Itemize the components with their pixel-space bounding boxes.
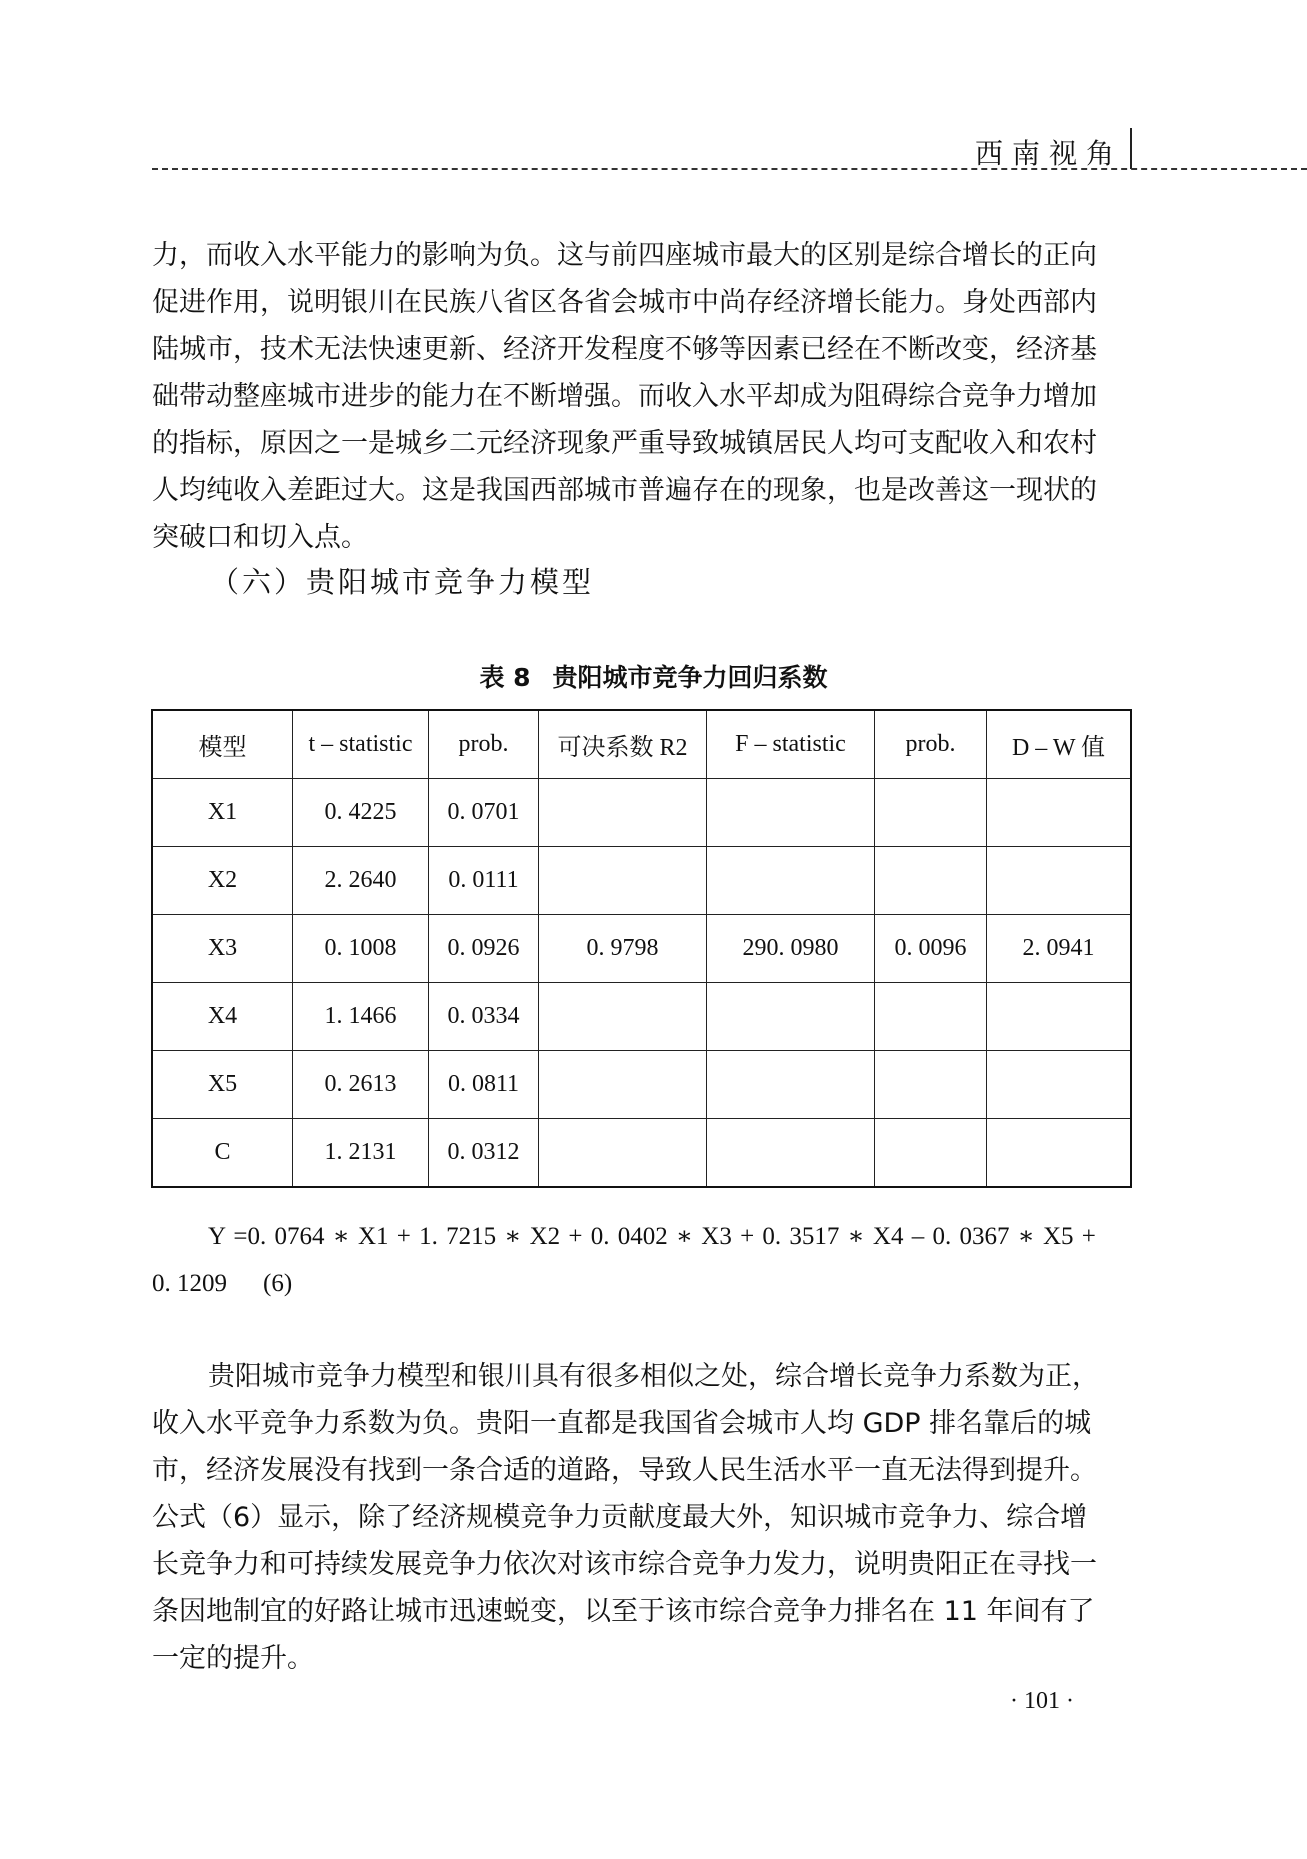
text-line: 人均纯收入差距过大。这是我国西部城市普遍存在的现象，也是改善这一现状的 bbox=[152, 467, 1132, 514]
section-heading: （六）贵阳城市竞争力模型 bbox=[210, 560, 594, 601]
formula-line-2: 0. 1209(6) bbox=[152, 1260, 1132, 1307]
text-line: 条因地制宜的好路让城市迅速蜕变，以至于该市综合竞争力排名在 11 年间有了 bbox=[152, 1588, 1132, 1635]
cell-prob: 0. 0111 bbox=[429, 847, 539, 915]
running-header-title: 西南视角 bbox=[975, 132, 1123, 172]
cell-model: X5 bbox=[152, 1051, 293, 1119]
cell-empty bbox=[987, 847, 1132, 915]
cell-empty bbox=[987, 779, 1132, 847]
cell-t: 0. 1008 bbox=[293, 915, 429, 983]
cell-dw: 2. 0941 bbox=[987, 915, 1132, 983]
table-caption-number: 表 8 bbox=[479, 663, 530, 692]
cell-t: 0. 2613 bbox=[293, 1051, 429, 1119]
cell-empty bbox=[707, 1051, 875, 1119]
header-cell-f-statistic: F – statistic bbox=[707, 710, 875, 779]
regression-table: 模型 t – statistic prob. 可决系数 R2 F – stati… bbox=[151, 709, 1132, 1188]
table-header-row: 模型 t – statistic prob. 可决系数 R2 F – stati… bbox=[152, 710, 1131, 779]
cell-t: 1. 2131 bbox=[293, 1119, 429, 1188]
equation-number: (6) bbox=[263, 1270, 292, 1297]
text-line: 础带动整座城市进步的能力在不断增强。而收入水平却成为阻碍综合竞争力增加 bbox=[152, 373, 1132, 420]
header-cell-prob: prob. bbox=[429, 710, 539, 779]
formula-constant: 0. 1209 bbox=[152, 1270, 227, 1297]
text-line: 公式（6）显示，除了经济规模竞争力贡献度最大外，知识城市竞争力、综合增 bbox=[152, 1494, 1132, 1541]
cell-model: C bbox=[152, 1119, 293, 1188]
cell-empty bbox=[875, 1051, 987, 1119]
cell-t: 2. 2640 bbox=[293, 847, 429, 915]
table-row: X5 0. 2613 0. 0811 bbox=[152, 1051, 1131, 1119]
cell-model: X2 bbox=[152, 847, 293, 915]
text-line: 长竞争力和可持续发展竞争力依次对该市综合竞争力发力，说明贵阳正在寻找一 bbox=[152, 1541, 1132, 1588]
table-row: C 1. 2131 0. 0312 bbox=[152, 1119, 1131, 1188]
text-line: 促进作用，说明银川在民族八省区各省会城市中尚存经济增长能力。身处西部内 bbox=[152, 279, 1132, 326]
cell-empty bbox=[875, 847, 987, 915]
text-line: 的指标，原因之一是城乡二元经济现象严重导致城镇居民人均可支配收入和农村 bbox=[152, 420, 1132, 467]
header-cell-dw: D – W 值 bbox=[987, 710, 1132, 779]
header-cell-t-statistic: t – statistic bbox=[293, 710, 429, 779]
cell-model: X1 bbox=[152, 779, 293, 847]
table-row: X3 0. 1008 0. 0926 0. 9798 290. 0980 0. … bbox=[152, 915, 1131, 983]
table-row: X4 1. 1466 0. 0334 bbox=[152, 983, 1131, 1051]
text-line: 陆城市，技术无法快速更新、经济开发程度不够等因素已经在不断改变，经济基 bbox=[152, 326, 1132, 373]
cell-t: 0. 4225 bbox=[293, 779, 429, 847]
cell-prob: 0. 0312 bbox=[429, 1119, 539, 1188]
cell-prob: 0. 0701 bbox=[429, 779, 539, 847]
paragraph-2: 贵阳城市竞争力模型和银川具有很多相似之处，综合增长竞争力系数为正， 收入水平竞争… bbox=[152, 1353, 1132, 1682]
text-line: 市，经济发展没有找到一条合适的道路，导致人民生活水平一直无法得到提升。 bbox=[152, 1447, 1132, 1494]
table-row: X1 0. 4225 0. 0701 bbox=[152, 779, 1131, 847]
text-line: 收入水平竞争力系数为负。贵阳一直都是我国省会城市人均 GDP 排名靠后的城 bbox=[152, 1400, 1132, 1447]
cell-empty bbox=[539, 983, 707, 1051]
cell-empty bbox=[539, 779, 707, 847]
header-dashed-rule bbox=[152, 168, 1307, 170]
cell-f-statistic: 290. 0980 bbox=[707, 915, 875, 983]
page-number: · 101 · bbox=[1010, 1688, 1074, 1715]
cell-empty bbox=[539, 847, 707, 915]
paragraph-1: 力，而收入水平能力的影响为负。这与前四座城市最大的区别是综合增长的正向 促进作用… bbox=[152, 232, 1132, 561]
formula-line-1: Y =0. 0764 ∗ X1 + 1. 7215 ∗ X2 + 0. 0402… bbox=[152, 1213, 1132, 1260]
cell-empty bbox=[875, 983, 987, 1051]
cell-empty bbox=[539, 1119, 707, 1188]
cell-empty bbox=[875, 779, 987, 847]
regression-formula: Y =0. 0764 ∗ X1 + 1. 7215 ∗ X2 + 0. 0402… bbox=[152, 1213, 1132, 1307]
cell-empty bbox=[987, 983, 1132, 1051]
cell-model: X3 bbox=[152, 915, 293, 983]
cell-empty bbox=[539, 1051, 707, 1119]
table-caption-title: 贵阳城市竞争力回归系数 bbox=[553, 663, 828, 692]
text-line: 贵阳城市竞争力模型和银川具有很多相似之处，综合增长竞争力系数为正， bbox=[152, 1353, 1132, 1400]
cell-empty bbox=[707, 983, 875, 1051]
cell-f-prob: 0. 0096 bbox=[875, 915, 987, 983]
header-cell-f-prob: prob. bbox=[875, 710, 987, 779]
text-line: 突破口和切入点。 bbox=[152, 514, 1132, 561]
text-line: 力，而收入水平能力的影响为负。这与前四座城市最大的区别是综合增长的正向 bbox=[152, 232, 1132, 279]
cell-empty bbox=[987, 1119, 1132, 1188]
table-row: X2 2. 2640 0. 0111 bbox=[152, 847, 1131, 915]
header-cell-model: 模型 bbox=[152, 710, 293, 779]
cell-prob: 0. 0811 bbox=[429, 1051, 539, 1119]
cell-r2: 0. 9798 bbox=[539, 915, 707, 983]
text-line: 一定的提升。 bbox=[152, 1635, 1132, 1682]
cell-t: 1. 1466 bbox=[293, 983, 429, 1051]
cell-empty bbox=[875, 1119, 987, 1188]
cell-empty bbox=[707, 847, 875, 915]
cell-empty bbox=[707, 779, 875, 847]
table-caption: 表 8贵阳城市竞争力回归系数 bbox=[0, 658, 1307, 694]
cell-empty bbox=[707, 1119, 875, 1188]
cell-model: X4 bbox=[152, 983, 293, 1051]
header-cell-r2: 可决系数 R2 bbox=[539, 710, 707, 779]
cell-prob: 0. 0334 bbox=[429, 983, 539, 1051]
header-divider-bar bbox=[1130, 128, 1132, 169]
cell-empty bbox=[987, 1051, 1132, 1119]
cell-prob: 0. 0926 bbox=[429, 915, 539, 983]
